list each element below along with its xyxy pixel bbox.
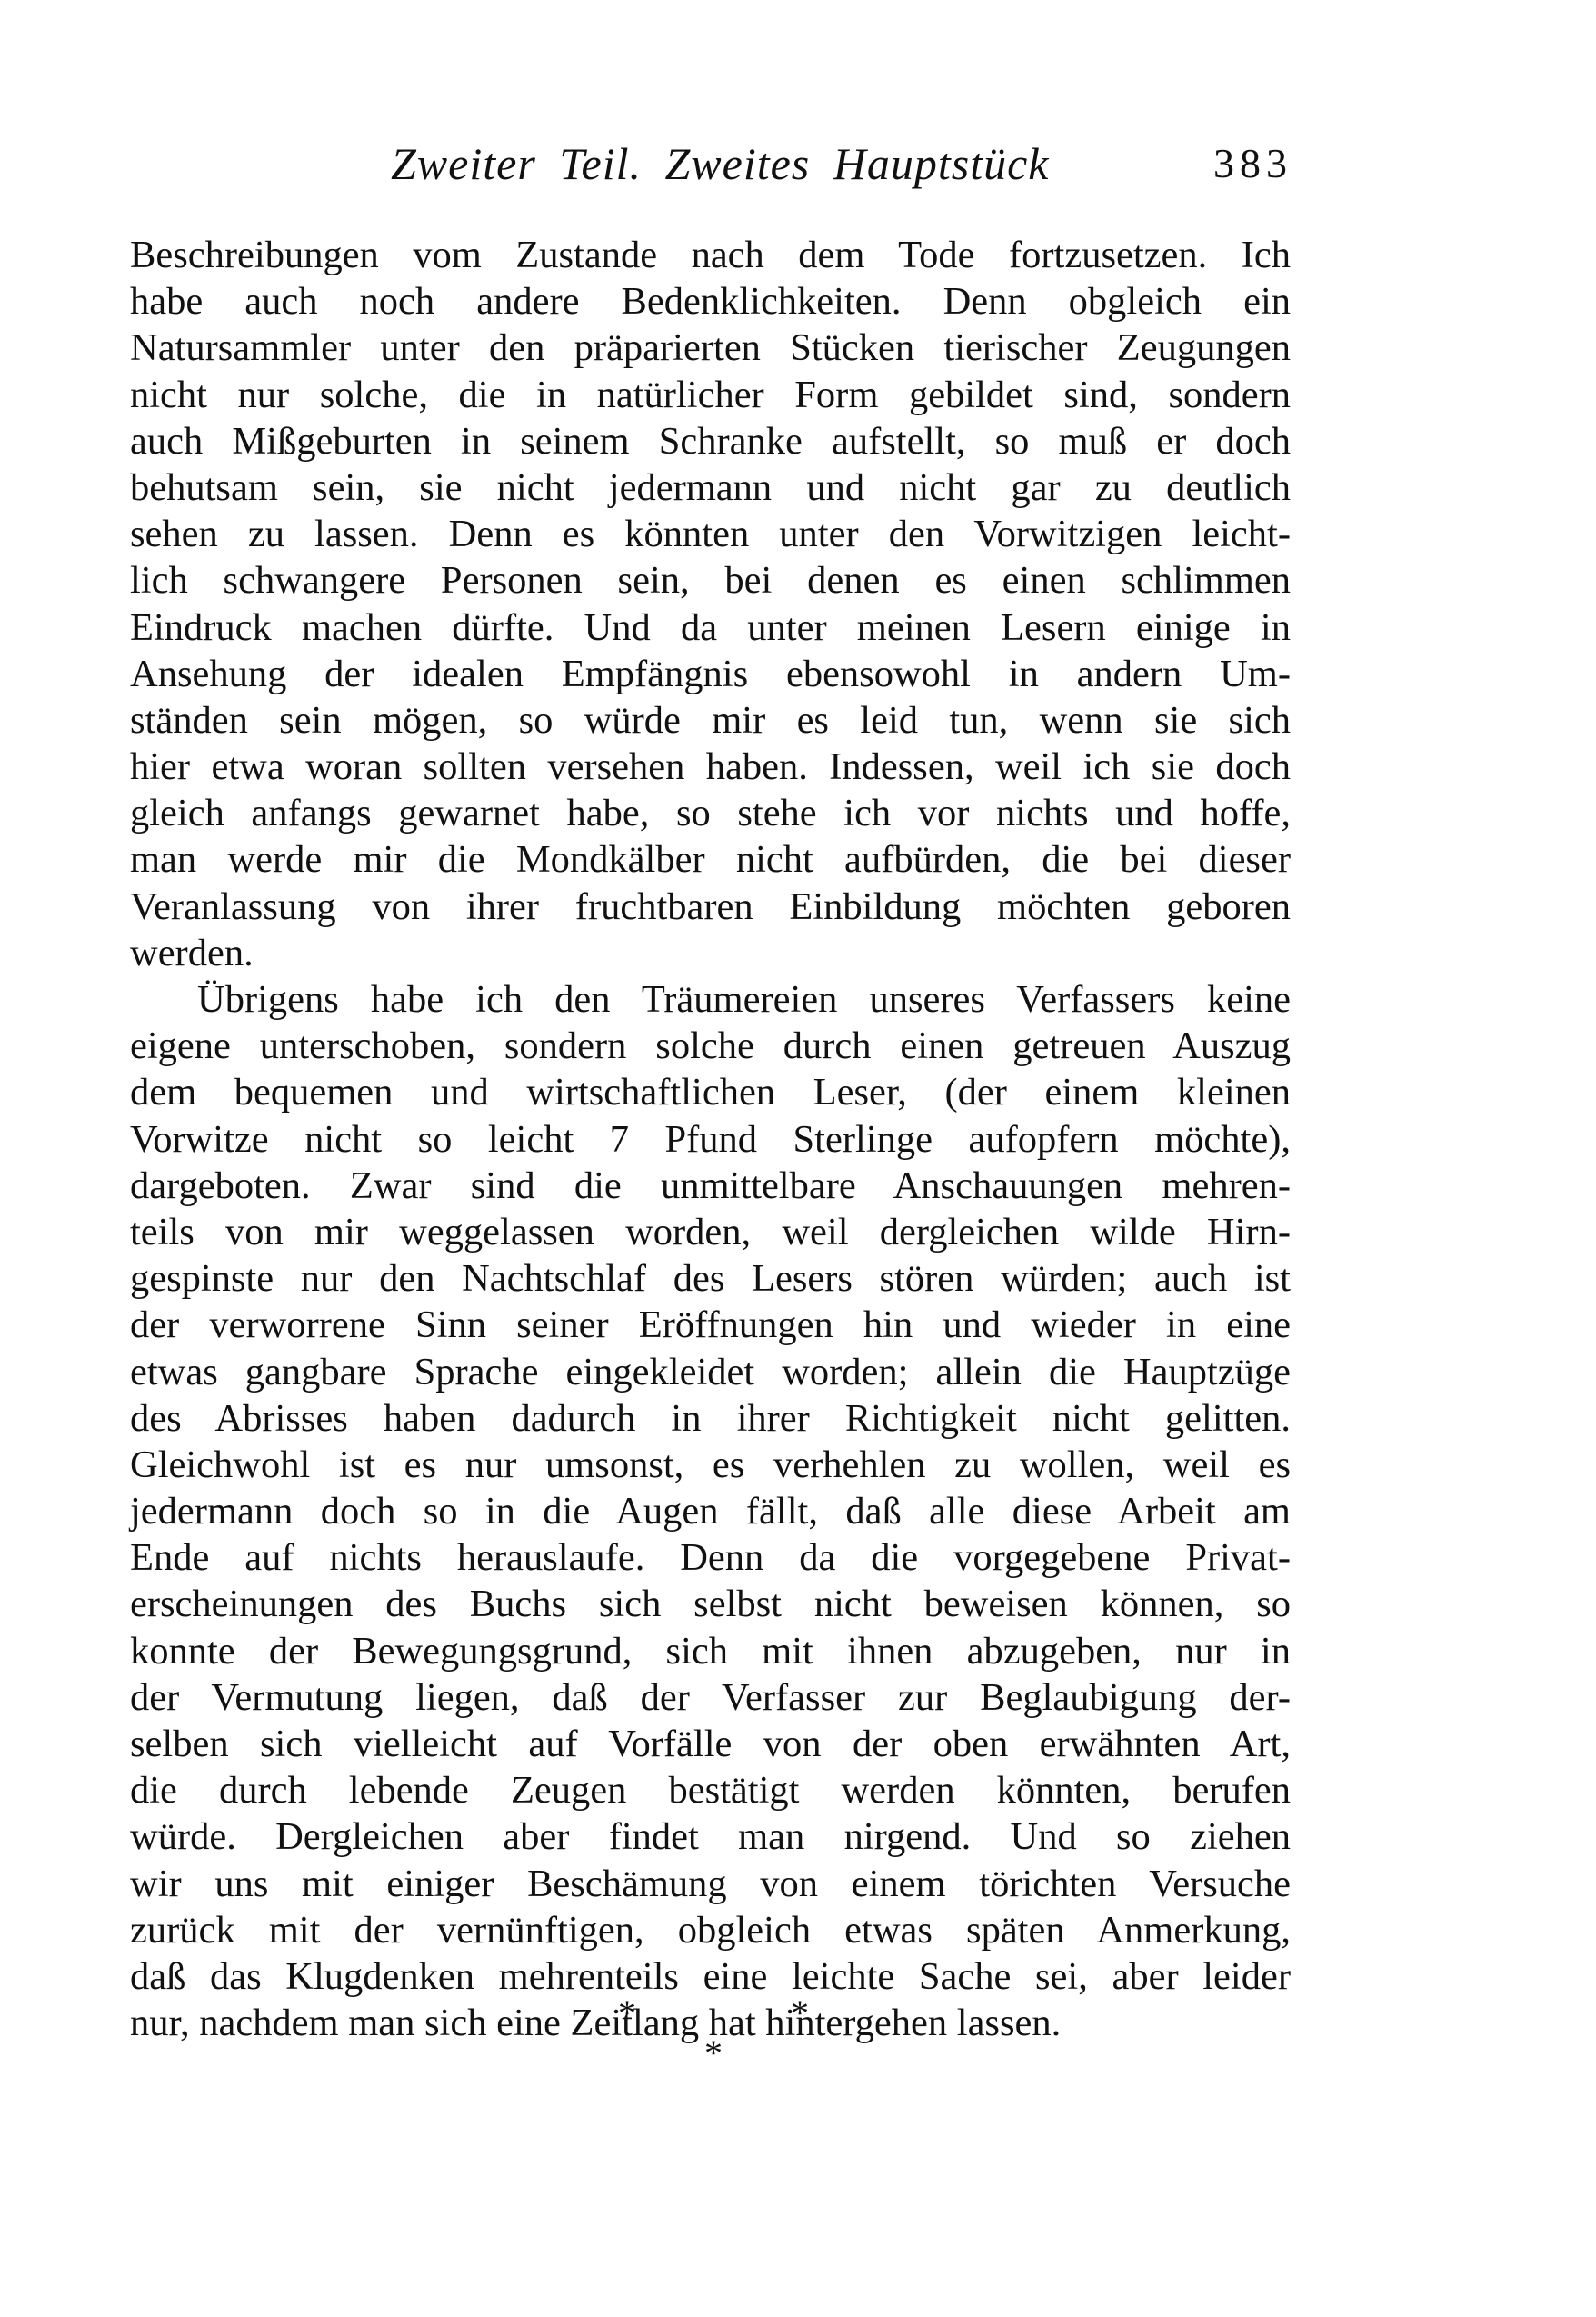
- text-line: die durch lebende Zeugen bestätigt werde…: [130, 1767, 1291, 1813]
- text-line: hier etwa woran sollten versehen haben. …: [130, 744, 1291, 790]
- text-line: Vorwitze nicht so leicht 7 Pfund Sterlin…: [130, 1116, 1291, 1163]
- text-line: selben sich vielleicht auf Vorfälle von …: [130, 1721, 1291, 1767]
- text-line: der Vermutung liegen, daß der Verfasser …: [130, 1674, 1291, 1721]
- text-line: man werde mir die Mondkälber nicht aufbü…: [130, 836, 1291, 883]
- text-line: Beschreibungen vom Zustande nach dem Tod…: [130, 232, 1291, 278]
- paragraph-1: Beschreibungen vom Zustande nach dem Tod…: [130, 232, 1291, 976]
- text-line: etwas gangbare Sprache eingekleidet word…: [130, 1349, 1291, 1395]
- text-line: Natursammler unter den präparierten Stüc…: [130, 325, 1291, 371]
- asterisk-icon: *: [791, 1995, 809, 2032]
- text-line: Ende auf nichts herauslaufe. Denn da die…: [130, 1534, 1291, 1581]
- text-line: konnte der Bewegungsgrund, sich mit ihne…: [130, 1628, 1291, 1674]
- text-line: habe auch noch andere Bedenklichkeiten. …: [130, 278, 1291, 325]
- text-line: Eindruck machen dürfte. Und da unter mei…: [130, 604, 1291, 651]
- book-page: Zweiter Teil. Zweites Hauptstück 383 Bes…: [0, 0, 1596, 2317]
- asterisk-icon: *: [704, 2035, 723, 2072]
- text-line: zurück mit der vernünftigen, obgleich et…: [130, 1907, 1291, 1953]
- running-head-title: Zweiter Teil. Zweites Hauptstück: [391, 132, 1050, 195]
- text-line: nicht nur solche, die in natürlicher For…: [130, 372, 1291, 418]
- text-line: der verworrene Sinn seiner Eröffnungen h…: [130, 1302, 1291, 1348]
- text-line: jedermann doch so in die Augen fällt, da…: [130, 1488, 1291, 1534]
- text-line: Veranlassung von ihrer fruchtbaren Einbi…: [130, 884, 1291, 930]
- text-line: Übrigens habe ich den Träumereien unsere…: [130, 976, 1291, 1023]
- text-line: daß das Klugdenken mehrenteils eine leic…: [130, 1953, 1291, 2000]
- text-line: des Abrisses haben dadurch in ihrer Rich…: [130, 1395, 1291, 1442]
- page-number: 383: [1213, 132, 1292, 195]
- text-line: würde. Dergleichen aber findet man nirge…: [130, 1813, 1291, 1860]
- text-line: lich schwangere Personen sein, bei denen…: [130, 557, 1291, 604]
- section-break-ornament: * * *: [0, 1995, 1596, 2077]
- text-line: dem bequemen und wirtschaftlichen Leser,…: [130, 1069, 1291, 1115]
- running-head: Zweiter Teil. Zweites Hauptstück 383: [0, 132, 1596, 195]
- text-line: gleich anfangs gewarnet habe, so stehe i…: [130, 790, 1291, 836]
- text-line: teils von mir weggelassen worden, weil d…: [130, 1209, 1291, 1255]
- text-line: erscheinungen des Buchs sich selbst nich…: [130, 1581, 1291, 1627]
- text-line: sehen zu lassen. Denn es könnten unter d…: [130, 511, 1291, 557]
- paragraph-2: Übrigens habe ich den Träumereien unsere…: [130, 976, 1291, 2046]
- text-line: ständen sein mögen, so würde mir es leid…: [130, 697, 1291, 744]
- text-line: auch Mißgeburten in seinem Schranke aufs…: [130, 418, 1291, 464]
- text-line: dargeboten. Zwar sind die unmittelbare A…: [130, 1163, 1291, 1209]
- asterisk-icon: *: [618, 1995, 636, 2032]
- text-line: eigene unterschoben, sondern solche durc…: [130, 1023, 1291, 1069]
- text-line: gespinste nur den Nachtschlaf des Lesers…: [130, 1255, 1291, 1302]
- text-line: behutsam sein, sie nicht jedermann und n…: [130, 464, 1291, 511]
- text-line: werden.: [130, 930, 1291, 976]
- text-line: Ansehung der idealen Empfängnis ebensowo…: [130, 651, 1291, 697]
- text-line: wir uns mit einiger Beschämung von einem…: [130, 1861, 1291, 1907]
- text-line: Gleichwohl ist es nur umsonst, es verheh…: [130, 1442, 1291, 1488]
- body-text: Beschreibungen vom Zustande nach dem Tod…: [130, 232, 1291, 2046]
